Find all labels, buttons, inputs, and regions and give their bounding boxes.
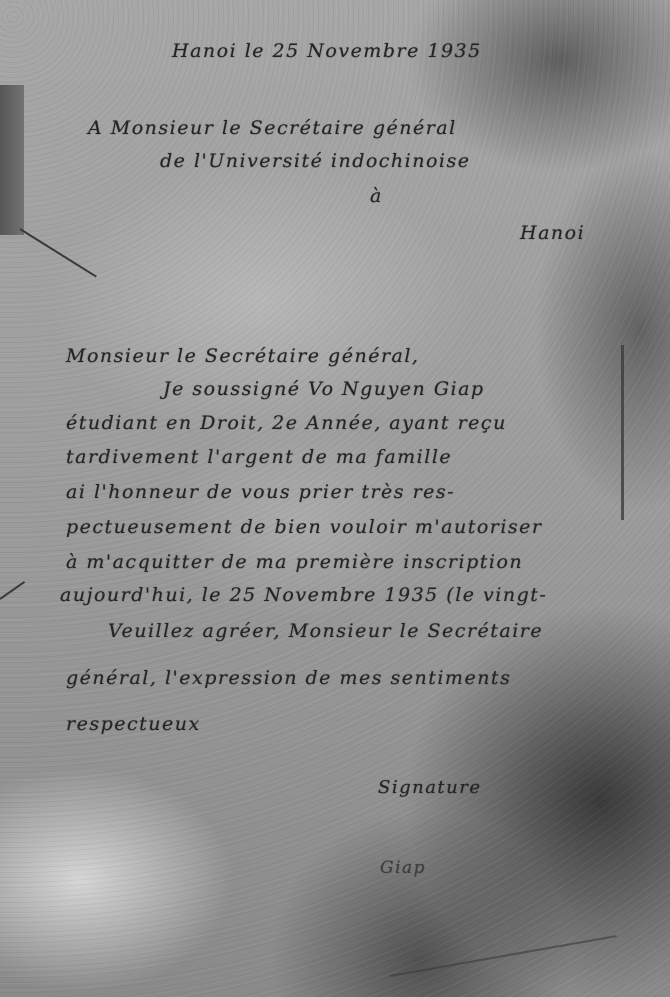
tape-mark [0,85,24,235]
closing-line-1: Veuillez agréer, Monsieur le Secrétaire [108,620,543,642]
body-line-4: ai l'honneur de vous prier très res- [66,481,455,503]
body-line-6: à m'acquitter de ma première inscription [66,551,523,573]
body-line-5: pectueusement de bien vouloir m'autorise… [66,516,543,538]
body-line-2: étudiant en Droit, 2e Année, ayant reçu [66,412,507,434]
place-date: Hanoi le 25 Novembre 1935 [172,40,482,62]
signature-label: Signature [378,777,482,798]
closing-line-3: respectueux [66,713,201,735]
recipient-line-1: A Monsieur le Secrétaire général [88,117,457,139]
closing-line-2: général, l'expression de mes sentiments [66,667,511,689]
body-line-1: Je soussigné Vo Nguyen Giap [163,378,485,400]
body-line-3: tardivement l'argent de ma famille [66,446,452,468]
recipient-city: Hanoi [520,222,585,244]
recipient-line-3: à [370,185,383,207]
signature: Giap [380,858,426,878]
salutation: Monsieur le Secrétaire général, [66,345,419,367]
recipient-line-2: de l'Université indochinoise [160,150,471,172]
body-line-7: aujourd'hui, le 25 Novembre 1935 (le vin… [60,584,547,606]
margin-line [621,345,624,520]
scanned-letter-page: Hanoi le 25 Novembre 1935 A Monsieur le … [0,0,670,997]
